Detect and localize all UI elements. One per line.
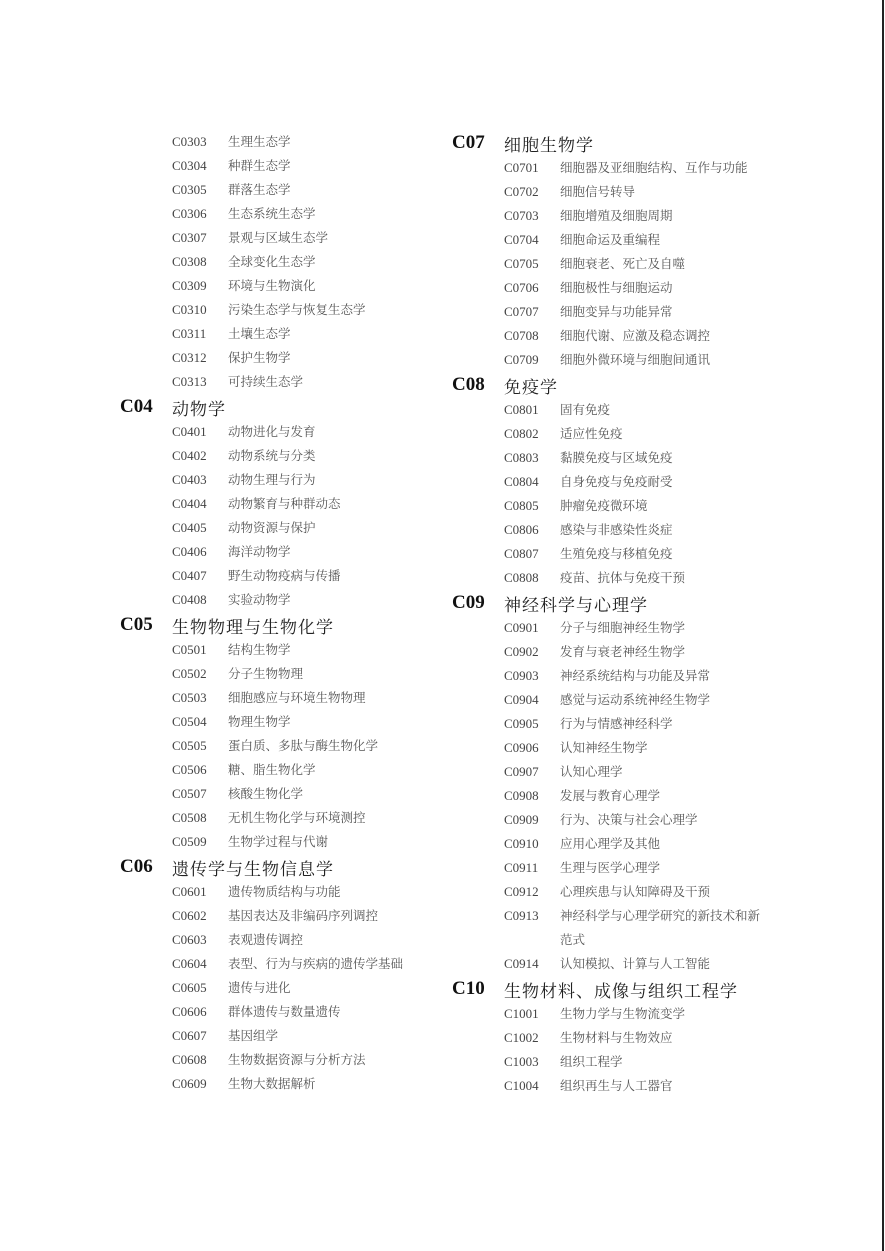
item-title: 蛋白质、多肽与酶生物化学 [228, 734, 378, 758]
list-item: C0707细胞变异与功能异常 [504, 300, 782, 324]
item-title: 细胞衰老、死亡及自噬 [560, 252, 685, 276]
item-title: 可持续生态学 [228, 370, 303, 394]
item-code: C0703 [504, 204, 560, 228]
item-title: 表型、行为与疾病的遗传学基础 [228, 952, 403, 976]
section-heading: C09神经科学与心理学 [452, 590, 782, 616]
list-item: C0703细胞增殖及细胞周期 [504, 204, 782, 228]
section-title: 神经科学与心理学 [504, 591, 648, 616]
item-code: C1003 [504, 1050, 560, 1074]
list-item: C1001生物力学与生物流变学 [504, 1002, 782, 1026]
item-title: 实验动物学 [228, 588, 291, 612]
list-item: C0313可持续生态学 [172, 370, 440, 394]
item-title: 结构生物学 [228, 638, 291, 662]
item-code: C0508 [172, 806, 228, 830]
item-code: C0909 [504, 808, 560, 832]
list-item: C0303生理生态学 [172, 130, 440, 154]
item-title: 遗传与进化 [228, 976, 291, 1000]
item-title: 种群生态学 [228, 154, 291, 178]
item-code: C0805 [504, 494, 560, 518]
item-title: 动物生理与行为 [228, 468, 316, 492]
item-code: C1004 [504, 1074, 560, 1098]
item-title: 野生动物疫病与传播 [228, 564, 341, 588]
item-code: C0505 [172, 734, 228, 758]
item-code: C0303 [172, 130, 228, 154]
item-code: C0701 [504, 156, 560, 180]
item-code: C0501 [172, 638, 228, 662]
item-code: C0609 [172, 1072, 228, 1096]
list-item: C0307景观与区域生态学 [172, 226, 440, 250]
section-title: 生物材料、成像与组织工程学 [504, 977, 738, 1002]
list-item: C0311土壤生态学 [172, 322, 440, 346]
list-item: C0911生理与医学心理学 [504, 856, 782, 880]
item-title: 感染与非感染性炎症 [560, 518, 673, 542]
section-code: C06 [120, 856, 172, 878]
list-item: C0806感染与非感染性炎症 [504, 518, 782, 542]
list-item: C0403动物生理与行为 [172, 468, 440, 492]
item-code: C0807 [504, 542, 560, 566]
list-item: C0608生物数据资源与分析方法 [172, 1048, 440, 1072]
list-item: C0905行为与情感神经科学 [504, 712, 782, 736]
item-code: C0309 [172, 274, 228, 298]
list-item: C0705细胞衰老、死亡及自噬 [504, 252, 782, 276]
item-title: 物理生物学 [228, 710, 291, 734]
list-item: C0601遗传物质结构与功能 [172, 880, 440, 904]
item-code: C0305 [172, 178, 228, 202]
item-title: 行为与情感神经科学 [560, 712, 673, 736]
list-item: C0802适应性免疫 [504, 422, 782, 446]
section-heading: C06遗传学与生物信息学 [120, 854, 440, 880]
list-item: C0305群落生态学 [172, 178, 440, 202]
item-title: 环境与生物演化 [228, 274, 316, 298]
item-code: C0708 [504, 324, 560, 348]
list-item: C0706细胞极性与细胞运动 [504, 276, 782, 300]
item-code: C0401 [172, 420, 228, 444]
item-code: C0403 [172, 468, 228, 492]
item-title: 基因表达及非编码序列调控 [228, 904, 378, 928]
item-title: 全球变化生态学 [228, 250, 316, 274]
item-title: 细胞变异与功能异常 [560, 300, 673, 324]
list-item: C0805肿瘤免疫微环境 [504, 494, 782, 518]
item-title: 细胞代谢、应激及稳态调控 [560, 324, 710, 348]
item-code: C0311 [172, 322, 228, 346]
item-code: C0402 [172, 444, 228, 468]
item-title: 基因组学 [228, 1024, 278, 1048]
item-code: C0603 [172, 928, 228, 952]
item-code: C0509 [172, 830, 228, 854]
page-edge-divider [882, 0, 884, 1251]
item-code: C0606 [172, 1000, 228, 1024]
section-title: 免疫学 [504, 373, 558, 398]
item-title: 细胞外微环境与细胞间通讯 [560, 348, 710, 372]
section-heading: C08免疫学 [452, 372, 782, 398]
item-title: 细胞信号转导 [560, 180, 635, 204]
item-title: 认知模拟、计算与人工智能 [560, 952, 710, 976]
item-title: 分子生物物理 [228, 662, 303, 686]
item-code: C0404 [172, 492, 228, 516]
right-column: C07细胞生物学C0701细胞器及亚细胞结构、互作与功能C0702细胞信号转导C… [452, 130, 782, 1098]
section-code: C10 [452, 978, 504, 1000]
item-code: C0502 [172, 662, 228, 686]
item-title: 生理与医学心理学 [560, 856, 660, 880]
item-code: C0903 [504, 664, 560, 688]
item-code: C1002 [504, 1026, 560, 1050]
list-item: C0508无机生物化学与环境测控 [172, 806, 440, 830]
list-item: C0306生态系统生态学 [172, 202, 440, 226]
item-title: 组织再生与人工器官 [560, 1074, 673, 1098]
list-item: C1002生物材料与生物效应 [504, 1026, 782, 1050]
list-item: C0701细胞器及亚细胞结构、互作与功能 [504, 156, 782, 180]
list-item: C0906认知神经生物学 [504, 736, 782, 760]
item-title: 细胞命运及重编程 [560, 228, 660, 252]
section-title: 动物学 [172, 395, 226, 420]
item-code: C0504 [172, 710, 228, 734]
item-title: 动物繁育与种群动态 [228, 492, 341, 516]
item-title: 细胞极性与细胞运动 [560, 276, 673, 300]
item-title: 疫苗、抗体与免疫干预 [560, 566, 685, 590]
item-code: C0706 [504, 276, 560, 300]
item-code: C0307 [172, 226, 228, 250]
item-title: 生物力学与生物流变学 [560, 1002, 685, 1026]
item-title: 群体遗传与数量遗传 [228, 1000, 341, 1024]
item-code: C0507 [172, 782, 228, 806]
item-code: C0407 [172, 564, 228, 588]
item-code: C1001 [504, 1002, 560, 1026]
list-item: C0504物理生物学 [172, 710, 440, 734]
list-item: C0407野生动物疫病与传播 [172, 564, 440, 588]
section-heading: C04动物学 [120, 394, 440, 420]
item-code: C0910 [504, 832, 560, 856]
list-item: C0904感觉与运动系统神经生物学 [504, 688, 782, 712]
list-item: C0910应用心理学及其他 [504, 832, 782, 856]
list-item: C0603表观遗传调控 [172, 928, 440, 952]
item-code: C0803 [504, 446, 560, 470]
list-item: C0801固有免疫 [504, 398, 782, 422]
list-item: C0507核酸生物化学 [172, 782, 440, 806]
item-title: 海洋动物学 [228, 540, 291, 564]
item-title: 动物资源与保护 [228, 516, 316, 540]
list-item: C0607基因组学 [172, 1024, 440, 1048]
item-code: C0406 [172, 540, 228, 564]
section-code: C05 [120, 614, 172, 636]
item-title: 细胞感应与环境生物物理 [228, 686, 366, 710]
section-title: 生物物理与生物化学 [172, 613, 334, 638]
item-code: C0608 [172, 1048, 228, 1072]
list-item: C0501结构生物学 [172, 638, 440, 662]
list-item: C0308全球变化生态学 [172, 250, 440, 274]
item-code: C0707 [504, 300, 560, 324]
item-code: C0912 [504, 880, 560, 904]
item-title: 景观与区域生态学 [228, 226, 328, 250]
item-code: C0908 [504, 784, 560, 808]
list-item: C0709细胞外微环境与细胞间通讯 [504, 348, 782, 372]
item-code: C0604 [172, 952, 228, 976]
item-title: 动物进化与发育 [228, 420, 316, 444]
list-item: C0503细胞感应与环境生物物理 [172, 686, 440, 710]
item-code: C0907 [504, 760, 560, 784]
item-title: 核酸生物化学 [228, 782, 303, 806]
item-code: C0914 [504, 952, 560, 976]
item-title: 组织工程学 [560, 1050, 623, 1074]
list-item: C0913神经科学与心理学研究的新技术和新范式 [504, 904, 782, 952]
item-code: C0808 [504, 566, 560, 590]
list-item: C0506糖、脂生物化学 [172, 758, 440, 782]
item-code: C0304 [172, 154, 228, 178]
item-title: 神经科学与心理学研究的新技术和新范式 [560, 904, 770, 952]
item-code: C0709 [504, 348, 560, 372]
item-code: C0902 [504, 640, 560, 664]
item-title: 黏膜免疫与区域免疫 [560, 446, 673, 470]
item-code: C0704 [504, 228, 560, 252]
section-heading: C07细胞生物学 [452, 130, 782, 156]
list-item: C0907认知心理学 [504, 760, 782, 784]
item-title: 认知心理学 [560, 760, 623, 784]
item-code: C0702 [504, 180, 560, 204]
item-title: 固有免疫 [560, 398, 610, 422]
list-item: C0804自身免疫与免疫耐受 [504, 470, 782, 494]
list-item: C0902发育与衰老神经生物学 [504, 640, 782, 664]
list-item: C1004组织再生与人工器官 [504, 1074, 782, 1098]
item-code: C0503 [172, 686, 228, 710]
item-title: 污染生态学与恢复生态学 [228, 298, 366, 322]
list-item: C0502分子生物物理 [172, 662, 440, 686]
item-title: 群落生态学 [228, 178, 291, 202]
item-code: C0306 [172, 202, 228, 226]
list-item: C0914认知模拟、计算与人工智能 [504, 952, 782, 976]
item-code: C0602 [172, 904, 228, 928]
list-item: C0404动物繁育与种群动态 [172, 492, 440, 516]
item-code: C0901 [504, 616, 560, 640]
section-code: C04 [120, 396, 172, 418]
item-code: C0806 [504, 518, 560, 542]
item-code: C0905 [504, 712, 560, 736]
item-title: 适应性免疫 [560, 422, 623, 446]
list-item: C0609生物大数据解析 [172, 1072, 440, 1096]
item-code: C0802 [504, 422, 560, 446]
list-item: C0406海洋动物学 [172, 540, 440, 564]
item-code: C0605 [172, 976, 228, 1000]
item-title: 生殖免疫与移植免疫 [560, 542, 673, 566]
list-item: C0310污染生态学与恢复生态学 [172, 298, 440, 322]
item-code: C0506 [172, 758, 228, 782]
item-code: C0801 [504, 398, 560, 422]
item-title: 生物材料与生物效应 [560, 1026, 673, 1050]
left-column: C0303生理生态学C0304种群生态学C0305群落生态学C0306生态系统生… [120, 130, 440, 1096]
list-item: C0505蛋白质、多肽与酶生物化学 [172, 734, 440, 758]
list-item: C0901分子与细胞神经生物学 [504, 616, 782, 640]
item-code: C0904 [504, 688, 560, 712]
item-title: 表观遗传调控 [228, 928, 303, 952]
list-item: C0908发展与教育心理学 [504, 784, 782, 808]
item-title: 动物系统与分类 [228, 444, 316, 468]
list-item: C0309环境与生物演化 [172, 274, 440, 298]
item-code: C0607 [172, 1024, 228, 1048]
item-code: C0804 [504, 470, 560, 494]
item-title: 认知神经生物学 [560, 736, 648, 760]
section-code: C07 [452, 132, 504, 154]
item-title: 无机生物化学与环境测控 [228, 806, 366, 830]
item-title: 细胞器及亚细胞结构、互作与功能 [560, 156, 748, 180]
item-title: 土壤生态学 [228, 322, 291, 346]
list-item: C0304种群生态学 [172, 154, 440, 178]
section-heading: C10生物材料、成像与组织工程学 [452, 976, 782, 1002]
item-title: 行为、决策与社会心理学 [560, 808, 698, 832]
list-item: C0402动物系统与分类 [172, 444, 440, 468]
item-title: 发展与教育心理学 [560, 784, 660, 808]
item-title: 感觉与运动系统神经生物学 [560, 688, 710, 712]
item-title: 生物大数据解析 [228, 1072, 316, 1096]
item-code: C0312 [172, 346, 228, 370]
item-code: C0308 [172, 250, 228, 274]
list-item: C1003组织工程学 [504, 1050, 782, 1074]
item-title: 发育与衰老神经生物学 [560, 640, 685, 664]
list-item: C0602基因表达及非编码序列调控 [172, 904, 440, 928]
item-title: 糖、脂生物化学 [228, 758, 316, 782]
section-code: C09 [452, 592, 504, 614]
item-code: C0310 [172, 298, 228, 322]
section-heading: C05生物物理与生物化学 [120, 612, 440, 638]
item-title: 生物数据资源与分析方法 [228, 1048, 366, 1072]
list-item: C0606群体遗传与数量遗传 [172, 1000, 440, 1024]
list-item: C0401动物进化与发育 [172, 420, 440, 444]
list-item: C0704细胞命运及重编程 [504, 228, 782, 252]
item-title: 细胞增殖及细胞周期 [560, 204, 673, 228]
list-item: C0408实验动物学 [172, 588, 440, 612]
item-code: C0906 [504, 736, 560, 760]
list-item: C0909行为、决策与社会心理学 [504, 808, 782, 832]
item-title: 自身免疫与免疫耐受 [560, 470, 673, 494]
item-code: C0405 [172, 516, 228, 540]
item-code: C0313 [172, 370, 228, 394]
item-title: 生物学过程与代谢 [228, 830, 328, 854]
list-item: C0702细胞信号转导 [504, 180, 782, 204]
item-code: C0913 [504, 904, 560, 928]
list-item: C0405动物资源与保护 [172, 516, 440, 540]
item-title: 保护生物学 [228, 346, 291, 370]
list-item: C0605遗传与进化 [172, 976, 440, 1000]
list-item: C0807生殖免疫与移植免疫 [504, 542, 782, 566]
item-code: C0911 [504, 856, 560, 880]
list-item: C0509生物学过程与代谢 [172, 830, 440, 854]
item-title: 生理生态学 [228, 130, 291, 154]
item-title: 神经系统结构与功能及异常 [560, 664, 710, 688]
item-code: C0705 [504, 252, 560, 276]
item-code: C0601 [172, 880, 228, 904]
list-item: C0312保护生物学 [172, 346, 440, 370]
item-title: 应用心理学及其他 [560, 832, 660, 856]
list-item: C0912心理疾患与认知障碍及干预 [504, 880, 782, 904]
list-item: C0903神经系统结构与功能及异常 [504, 664, 782, 688]
section-title: 遗传学与生物信息学 [172, 855, 334, 880]
list-item: C0708细胞代谢、应激及稳态调控 [504, 324, 782, 348]
item-title: 分子与细胞神经生物学 [560, 616, 685, 640]
section-title: 细胞生物学 [504, 131, 594, 156]
item-code: C0408 [172, 588, 228, 612]
section-code: C08 [452, 374, 504, 396]
item-title: 生态系统生态学 [228, 202, 316, 226]
item-title: 遗传物质结构与功能 [228, 880, 341, 904]
list-item: C0604表型、行为与疾病的遗传学基础 [172, 952, 440, 976]
item-title: 心理疾患与认知障碍及干预 [560, 880, 710, 904]
list-item: C0808疫苗、抗体与免疫干预 [504, 566, 782, 590]
item-title: 肿瘤免疫微环境 [560, 494, 648, 518]
list-item: C0803黏膜免疫与区域免疫 [504, 446, 782, 470]
